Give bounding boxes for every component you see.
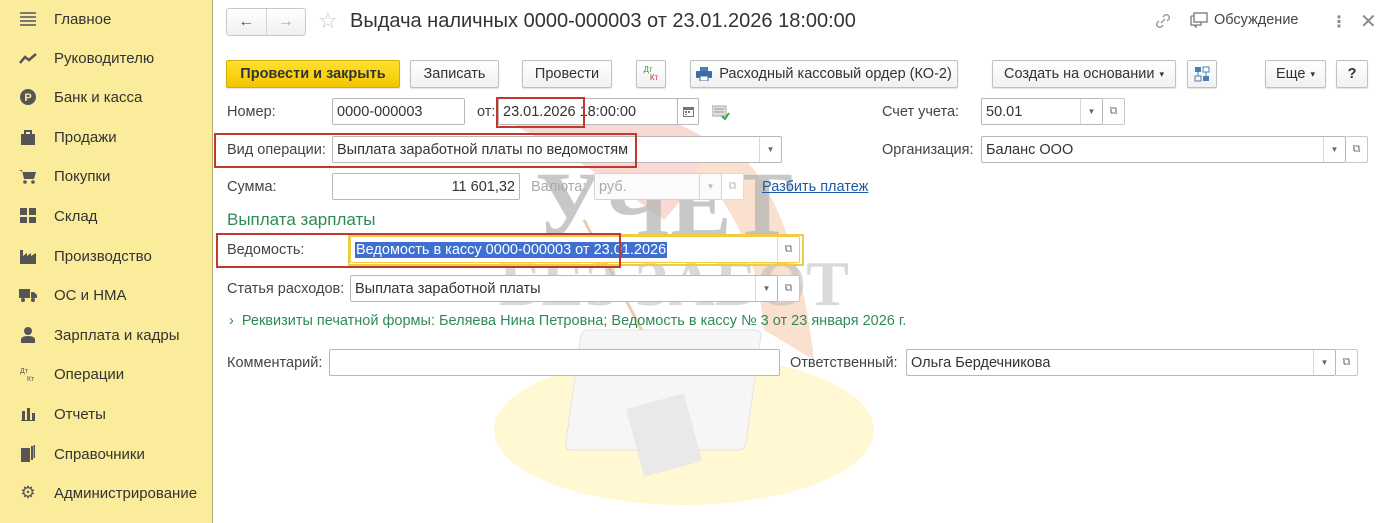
date-field[interactable]: 23.01.2026 18:00:00 — [498, 98, 678, 125]
sum-value: 11 601,32 — [452, 179, 515, 195]
sidebar-item-label: Склад — [54, 208, 97, 225]
chat-icon — [1190, 12, 1208, 28]
sidebar-item-admin[interactable]: ⚙ Администрирование — [0, 474, 212, 512]
sidebar-item-label: ОС и НМА — [54, 287, 127, 304]
link-icon[interactable] — [1154, 12, 1172, 35]
sidebar-item-label: Руководителю — [54, 50, 154, 67]
chevron-down-icon: ▾ — [1159, 69, 1164, 80]
statement-label: Ведомость: — [227, 242, 304, 258]
sidebar-item-purchases[interactable]: Покупки — [0, 157, 212, 195]
sidebar-item-label: Банк и касса — [54, 89, 142, 106]
printer-icon — [696, 67, 712, 81]
ruble-coin-icon: P — [18, 87, 38, 107]
operation-type-value: Выплата заработной платы по ведомостям — [337, 142, 628, 158]
open-icon: ⧉ — [1110, 105, 1118, 118]
svg-text:P: P — [24, 92, 31, 104]
account-field[interactable]: 50.01 ▼ — [981, 98, 1103, 125]
account-open-button[interactable]: ⧉ — [1103, 98, 1125, 125]
svg-text:Дт: Дт — [20, 368, 29, 375]
sidebar-item-main[interactable]: Главное — [0, 0, 212, 38]
factory-icon — [18, 246, 38, 266]
account-dropdown-button[interactable]: ▼ — [1080, 99, 1102, 124]
favorite-star-icon[interactable]: ☆ — [318, 8, 338, 34]
sum-field[interactable]: 11 601,32 — [332, 173, 520, 200]
sidebar-item-label: Администрирование — [54, 485, 197, 502]
open-icon: ⧉ — [729, 180, 737, 193]
print-cash-order-button[interactable]: Расходный кассовый ордер (КО-2) — [690, 60, 958, 88]
time-value: 18:00:00 — [580, 104, 636, 120]
comment-field[interactable] — [329, 349, 780, 376]
responsible-open-button[interactable]: ⧉ — [1336, 349, 1358, 376]
operation-label: Вид операции: — [227, 142, 326, 158]
expense-item-value: Выплата заработной платы — [355, 281, 541, 297]
shopping-bag-icon — [18, 127, 38, 147]
number-value: 0000-000003 — [337, 104, 422, 120]
navigation-buttons: ← → — [226, 8, 306, 36]
sidebar-item-label: Справочники — [54, 446, 145, 463]
currency-label: Валюта: — [531, 179, 586, 195]
sidebar-item-label: Главное — [54, 11, 111, 28]
expense-open-button[interactable]: ⧉ — [778, 275, 800, 302]
structure-button[interactable] — [1187, 60, 1217, 88]
print-cash-order-label: Расходный кассовый ордер (КО-2) — [719, 66, 952, 82]
split-payment-link[interactable]: Разбить платеж — [762, 179, 868, 195]
cart-icon — [18, 166, 38, 186]
sidebar-item-production[interactable]: Производство — [0, 237, 212, 275]
currency-open-button[interactable]: ⧉ — [722, 173, 744, 200]
sidebar-item-label: Операции — [54, 366, 124, 383]
responsible-label: Ответственный: — [790, 355, 898, 371]
trend-up-icon — [18, 48, 38, 68]
menu-lines-icon — [18, 9, 38, 29]
open-icon: ⧉ — [1343, 356, 1351, 369]
date-label: от: — [477, 104, 495, 120]
sidebar-item-bank[interactable]: P Банк и касса — [0, 78, 212, 116]
print-details-text: Реквизиты печатной формы: Беляева Нина П… — [242, 313, 907, 329]
responsible-field[interactable]: Ольга Бердечникова ▼ — [906, 349, 1336, 376]
discussion-button[interactable]: Обсуждение — [1190, 12, 1298, 28]
dt-kt-icon-bottom: Кт — [650, 74, 658, 82]
truck-icon — [18, 285, 38, 305]
page-title: Выдача наличных 0000-000003 от 23.01.202… — [350, 10, 856, 33]
dt-kt-icon: ДтКт — [18, 364, 38, 384]
organization-value: Баланс ООО — [986, 142, 1073, 158]
responsible-value: Ольга Бердечникова — [911, 355, 1050, 371]
open-icon: ⧉ — [785, 243, 793, 256]
forward-button[interactable]: → — [266, 9, 306, 35]
chevron-down-icon: ▾ — [1310, 69, 1315, 80]
gear-icon: ⚙ — [18, 483, 38, 503]
create-based-on-label: Создать на основании — [1004, 66, 1154, 82]
open-icon: ⧉ — [785, 282, 793, 295]
save-button[interactable]: Записать — [410, 60, 499, 88]
sidebar-item-sales[interactable]: Продажи — [0, 118, 212, 156]
document-form: УЧЕТ БЕЗ ЗАБОТ ← → ☆ Выдача наличных 000… — [214, 0, 1392, 523]
back-button[interactable]: ← — [227, 9, 266, 35]
sidebar-item-label: Производство — [54, 248, 152, 265]
number-label: Номер: — [227, 104, 276, 120]
account-value: 50.01 — [986, 104, 1022, 120]
statement-field[interactable]: Ведомость в кассу 0000-000003 от 23.01.2… — [350, 236, 800, 263]
more-button[interactable]: Еще ▾ — [1265, 60, 1326, 88]
posted-status-icon — [712, 104, 730, 124]
help-button[interactable]: ? — [1336, 60, 1368, 88]
account-label: Счет учета: — [882, 104, 959, 120]
watermark-logo: УЧЕТ БЕЗ ЗАБОТ — [464, 100, 884, 520]
books-icon — [18, 444, 38, 464]
bar-chart-icon — [18, 404, 38, 424]
organization-field[interactable]: Баланс ООО ▼ — [981, 136, 1346, 163]
responsible-dropdown-button[interactable]: ▼ — [1313, 350, 1335, 375]
currency-value: руб. — [599, 179, 627, 195]
organization-label: Организация: — [882, 142, 973, 158]
expense-dropdown-button[interactable]: ▼ — [755, 276, 777, 301]
currency-dropdown-button[interactable]: ▼ — [699, 174, 721, 199]
sidebar-item-fixed-assets[interactable]: ОС и НМА — [0, 276, 212, 314]
organization-open-button[interactable]: ⧉ — [1346, 136, 1368, 163]
operation-type-field[interactable]: Выплата заработной платы по ведомостям ▼ — [332, 136, 782, 163]
structure-icon — [1194, 66, 1210, 82]
warehouse-icon — [18, 206, 38, 226]
operation-dropdown-button[interactable]: ▼ — [759, 137, 781, 162]
person-icon — [18, 325, 38, 345]
number-field[interactable]: 0000-000003 — [332, 98, 465, 125]
sidebar-item-label: Покупки — [54, 168, 110, 185]
sidebar-item-warehouse[interactable]: Склад — [0, 197, 212, 235]
sidebar-item-references[interactable]: Справочники — [0, 435, 212, 473]
discussion-label: Обсуждение — [1214, 12, 1298, 28]
more-label: Еще — [1276, 66, 1306, 82]
statement-value: Ведомость в кассу 0000-000003 от 23.01.2… — [355, 242, 667, 258]
statement-open-button[interactable]: ⧉ — [778, 236, 800, 263]
calendar-button[interactable] — [677, 98, 699, 125]
close-icon[interactable]: ✕ — [1360, 9, 1377, 34]
sidebar-item-label: Продажи — [54, 129, 117, 146]
print-details-expander[interactable]: ›Реквизиты печатной формы: Беляева Нина … — [229, 313, 906, 329]
sum-label: Сумма: — [227, 179, 277, 195]
sidebar: Главное Руководителю P Банк и касса Прод… — [0, 0, 213, 523]
currency-field[interactable]: руб. ▼ — [594, 173, 722, 200]
sidebar-item-reports[interactable]: Отчеты — [0, 395, 212, 433]
open-icon: ⧉ — [1353, 143, 1361, 156]
post-button[interactable]: Провести — [522, 60, 612, 88]
chevron-right-icon: › — [229, 313, 234, 329]
expense-item-label: Статья расходов: — [227, 281, 344, 297]
dt-kt-button[interactable]: Дт Кт — [636, 60, 666, 88]
create-based-on-button[interactable]: Создать на основании ▾ — [992, 60, 1176, 88]
sidebar-item-manager[interactable]: Руководителю — [0, 39, 212, 77]
post-and-close-button[interactable]: Провести и закрыть — [226, 60, 400, 88]
svg-text:Кт: Кт — [27, 376, 35, 382]
sidebar-item-operations[interactable]: ДтКт Операции — [0, 355, 212, 393]
sidebar-item-salary[interactable]: Зарплата и кадры — [0, 316, 212, 354]
sidebar-item-label: Отчеты — [54, 406, 106, 423]
sidebar-item-label: Зарплата и кадры — [54, 327, 180, 344]
calendar-icon — [683, 106, 694, 117]
comment-label: Комментарий: — [227, 355, 322, 371]
section-title-salary: Выплата зарплаты — [227, 210, 375, 230]
date-value: 23.01.2026 — [503, 104, 576, 120]
more-actions-icon[interactable]: ⋮ — [1331, 12, 1347, 32]
expense-item-field[interactable]: Выплата заработной платы ▼ — [350, 275, 778, 302]
organization-dropdown-button[interactable]: ▼ — [1323, 137, 1345, 162]
